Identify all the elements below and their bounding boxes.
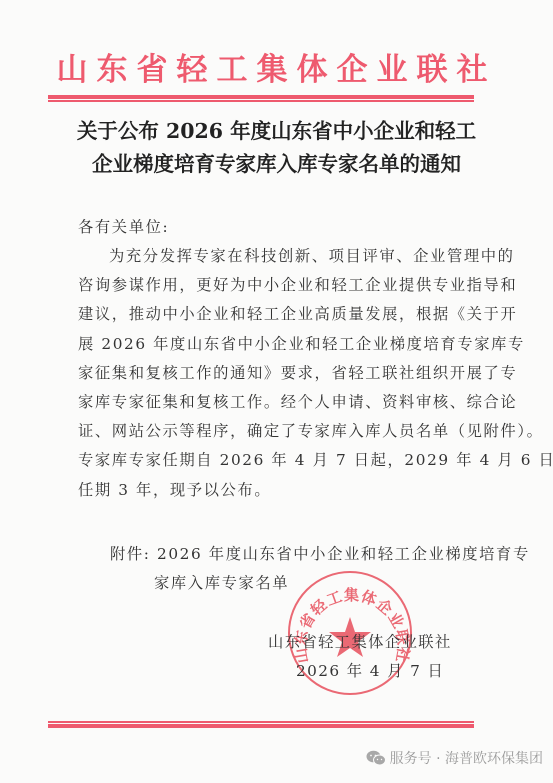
signature-org: 山东省轻工集体企业联社 [268,630,452,652]
attachment-line-2: 家库入库专家名单 [154,569,289,598]
attachment-line-1: 附件: 2026 年度山东省中小企业和轻工企业梯度培育专 [110,540,530,569]
wechat-icon [366,750,386,766]
body-line: 专家库专家任期自 2026 年 4 月 7 日起，2029 年 4 月 6 日止… [78,446,478,475]
title-line-2: 企业梯度培育专家库入库专家名单的通知 [40,148,513,181]
body-line: 为充分发挥专家在科技创新、项目评审、企业管理中的 [78,242,478,271]
body-line: 家征集和复核工作的通知》要求，省轻工联社组织开展了专 [78,359,478,388]
title-line-1: 关于公布 2026 年度山东省中小企业和轻工 [40,115,513,148]
salutation: 各有关单位: [78,213,169,242]
body-line: 建议，推动中小企业和轻工企业高质量发展，根据《关于开 [78,300,478,329]
letterhead-title: 山东省轻工集体企业联社 [0,52,553,88]
footer-divider [48,721,474,728]
body-line: 证、网站公示等程序，确定了专家库入库人员名单（见附件）。 [78,417,478,446]
watermark-text: 服务号 · 海普欧环保集团 [390,748,543,768]
notice-body: 为充分发挥专家在科技创新、项目评审、企业管理中的 咨询参谋作用，更好为中小企业和… [78,242,478,505]
body-line: 任期 3 年，现予以公布。 [78,476,478,505]
body-line: 展 2026 年度山东省中小企业和轻工企业梯度培育专家库专 [78,330,478,359]
signature-date: 2026 年 4 月 7 日 [296,659,444,681]
body-line: 家库专家征集和复核工作。经个人申请、资料审核、综合论 [78,388,478,417]
body-line: 咨询参谋作用，更好为中小企业和轻工企业提供专业指导和 [78,271,478,300]
notice-title: 关于公布 2026 年度山东省中小企业和轻工 企业梯度培育专家库入库专家名单的通… [40,115,513,181]
watermark: 服务号 · 海普欧环保集团 [366,748,543,768]
header-divider [48,95,474,102]
